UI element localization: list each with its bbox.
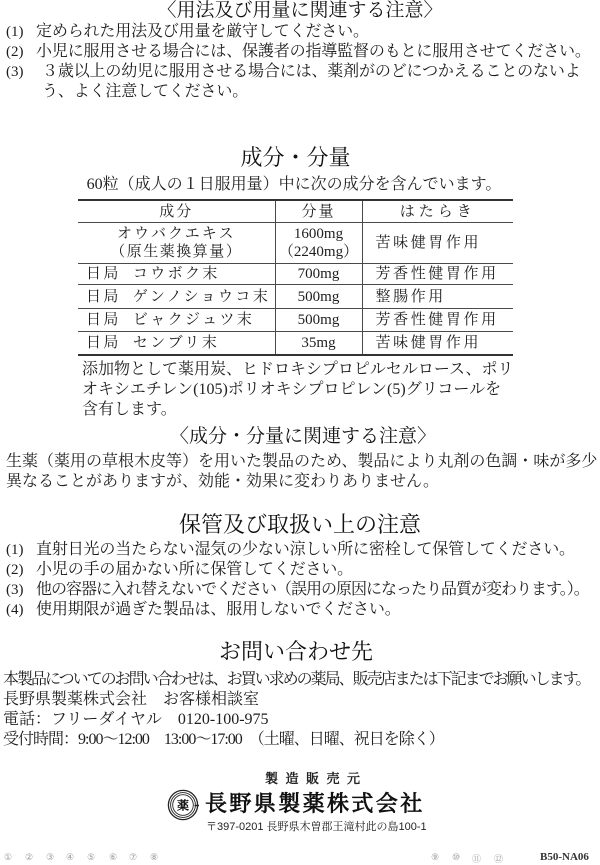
print-mark: ⑥: [109, 852, 117, 863]
amount-cell: 500mg: [275, 309, 362, 332]
print-mark: ⑩: [452, 852, 460, 863]
contact-company: 長野県製薬株式会社 お客様相談室: [3, 690, 589, 710]
item-number: (4): [6, 600, 36, 620]
list-item: (2)小児に服用させる場合には、保護者の指導監督のもとに服用させてください。: [6, 42, 591, 62]
action-cell: 苦味健胃作用: [362, 332, 513, 355]
action-cell: 芳香性健胃作用: [362, 309, 513, 332]
ingredient-name: センブリ末: [133, 335, 219, 351]
paragraph-line: 含有します。: [82, 400, 514, 420]
list-item: (1)直射日光の当たらない湿気の少ない涼しい所に密栓して保管してください。: [6, 540, 589, 560]
amount-cell: 500mg: [275, 285, 362, 309]
list-item: (3)他の容器に入れ替えないでください（誤用の原因になったり品質が変わります。）…: [6, 580, 589, 600]
ingredients-title: 成分・分量: [78, 145, 513, 171]
ingredient-note: （原生薬換算量）: [78, 243, 275, 261]
table-row: 日局センブリ末 35mg 苦味健胃作用: [78, 332, 513, 355]
table-header-row: 成分 分量 はたらき: [78, 200, 513, 223]
ingredient-name: ゲンノショウコ末: [133, 289, 270, 305]
item-number: (1): [6, 22, 36, 42]
print-mark: ⑨: [431, 852, 439, 863]
ingredients-subtitle: 60粒（成人の１日服用量）中に次の成分を含んでいます。: [78, 175, 510, 195]
item-text: ３歳以上の幼児に服用させる場合には、薬剤がのどにつかえることのないよ: [36, 63, 581, 80]
table-row: 日局ゲンノショウコ末 500mg 整腸作用: [78, 285, 513, 309]
amount-cell: 1600mg （2240mg）: [275, 223, 362, 264]
print-marks: ① ② ③ ④ ⑤ ⑥ ⑦ ⑧ ⑨ ⑩ ⑪ ⑫: [0, 852, 600, 865]
storage-list: (1)直射日光の当たらない湿気の少ない涼しい所に密栓して保管してください。 (2…: [6, 540, 589, 620]
company-logo-icon: 薬: [167, 789, 200, 821]
ingredients-table-wrapper: 成分 分量 はたらき オウバクエキス （原生薬換算量） 1600mg （2240…: [78, 199, 513, 356]
print-mark: ①: [4, 852, 12, 863]
list-item: (4)使用期限が過ぎた製品は、服用しないでください。: [6, 600, 589, 620]
ingredient-name: オウバクエキス: [78, 225, 275, 243]
item-text: う、よく注意してください。: [36, 83, 248, 100]
logo-glyph: 薬: [177, 798, 189, 813]
jp-prefix: 日局: [86, 266, 121, 282]
print-mark: ⑪: [472, 852, 481, 865]
item-text: 小児の手の届かない所に保管してください。: [36, 561, 353, 578]
item-text: 直射日光の当たらない湿気の少ない涼しい所に密栓して保管してください。: [36, 541, 575, 558]
list-item: (2)小児の手の届かない所に保管してください。: [6, 560, 589, 580]
contact-hours: 受付時間：9:00～12:00 13:00～17:00 （土曜、日曜、祝日を除く…: [3, 730, 589, 750]
amount-value: 1600mg: [276, 225, 362, 243]
item-text: 小児に服用させる場合には、保護者の指導監督のもとに服用させてください。: [36, 43, 591, 60]
item-number: (3): [6, 62, 36, 82]
action-cell: 整腸作用: [362, 285, 513, 309]
item-number: (3): [6, 580, 36, 600]
header-ingredient: 成分: [78, 200, 275, 223]
manufacturer-address: 〒397-0201 長野県木曽郡王滝村此の島100-1: [206, 821, 427, 834]
ingredients-table: 成分 分量 はたらき オウバクエキス （原生薬換算量） 1600mg （2240…: [78, 199, 513, 356]
contact-intro: 本製品についてのお問い合わせは、お買い求めの薬局、販売店または下記までお願いしま…: [3, 670, 589, 690]
item-number: (2): [6, 560, 36, 580]
item-text: 使用期限が過ぎた製品は、服用しないでください。: [36, 601, 401, 618]
storage-title: 保管及び取扱い上の注意: [0, 512, 600, 538]
jp-prefix: 日局: [86, 335, 121, 351]
table-row: オウバクエキス （原生薬換算量） 1600mg （2240mg） 苦味健胃作用: [78, 223, 513, 264]
item-number: (1): [6, 540, 36, 560]
amount-note: （2240mg）: [276, 243, 362, 261]
item-text: 他の容器に入れ替えないでください（誤用の原因になったり品質が変わります。）。: [36, 581, 589, 598]
ingredient-cell: オウバクエキス （原生薬換算量）: [78, 223, 275, 264]
list-item: (3)３歳以上の幼児に服用させる場合には、薬剤がのどにつかえることのないよ: [6, 62, 591, 82]
list-item-continuation: う、よく注意してください。: [6, 82, 591, 102]
contact-phone: 電話：フリーダイヤル 0120-100-975: [3, 710, 589, 730]
print-mark: ④: [66, 852, 74, 863]
amount-cell: 35mg: [275, 332, 362, 355]
additives-paragraph: 添加物として薬用炭、ヒドロキシプロピルセルロース、ポリ オキシエチレン(105)…: [82, 360, 514, 420]
item-text: 定められた用法及び用量を厳守してください。: [36, 23, 369, 40]
document-code: B50-NA06: [540, 851, 589, 863]
print-mark: ⑧: [150, 852, 158, 863]
ingredient-cell: 日局コウボク末: [78, 264, 275, 285]
header-amount: 分量: [275, 200, 362, 223]
print-mark: ⑫: [494, 852, 503, 865]
paragraph-line: オキシエチレン(105)ポリオキシプロピレン(5)グリコールを: [82, 380, 514, 400]
ingredient-name: ビャクジュツ末: [133, 312, 255, 328]
ingredient-precautions-title: 〈成分・分量に関連する注意〉: [0, 427, 600, 447]
print-mark: ⑦: [129, 852, 137, 863]
contact-title: お問い合わせ先: [0, 639, 592, 665]
contact-block: 本製品についてのお問い合わせは、お買い求めの薬局、販売店または下記までお願いしま…: [3, 670, 589, 750]
jp-prefix: 日局: [86, 312, 121, 328]
usage-precautions-title: 〈用法及び用量に関連する注意〉: [0, 1, 600, 21]
print-mark: ③: [46, 852, 54, 863]
paragraph-line: 異なることがありますが、効能・効果に変わりありません。: [6, 472, 597, 492]
ingredient-cell: 日局ビャクジュツ末: [78, 309, 275, 332]
ingredient-precautions-paragraph: 生薬（薬用の草根木皮等）を用いた製品のため、製品により丸剤の色調・味が多少 異な…: [6, 452, 597, 492]
print-mark: ②: [25, 852, 33, 863]
manufacturer-label: 製造販売元: [265, 770, 368, 788]
paragraph-line: 添加物として薬用炭、ヒドロキシプロピルセルロース、ポリ: [82, 360, 514, 380]
ingredient-cell: 日局センブリ末: [78, 332, 275, 355]
paragraph-line: 生薬（薬用の草根木皮等）を用いた製品のため、製品により丸剤の色調・味が多少: [6, 452, 597, 472]
jp-prefix: 日局: [86, 289, 121, 305]
usage-precautions-list: (1)定められた用法及び用量を厳守してください。 (2)小児に服用させる場合には…: [6, 22, 591, 102]
table-row: 日局ビャクジュツ末 500mg 芳香性健胃作用: [78, 309, 513, 332]
header-action: はたらき: [362, 200, 513, 223]
ingredient-name: コウボク末: [133, 266, 220, 282]
ingredient-cell: 日局ゲンノショウコ末: [78, 285, 275, 309]
amount-cell: 700mg: [275, 264, 362, 285]
action-cell: 芳香性健胃作用: [362, 264, 513, 285]
print-mark: ⑤: [87, 852, 95, 863]
table-row: 日局コウボク末 700mg 芳香性健胃作用: [78, 264, 513, 285]
list-item: (1)定められた用法及び用量を厳守してください。: [6, 22, 591, 42]
item-number: (2): [6, 42, 36, 62]
package-insert-page: 〈用法及び用量に関連する注意〉 (1)定められた用法及び用量を厳守してください。…: [0, 0, 600, 865]
action-cell: 苦味健胃作用: [362, 223, 513, 264]
manufacturer-name: 長野県製薬株式会社: [205, 791, 425, 817]
